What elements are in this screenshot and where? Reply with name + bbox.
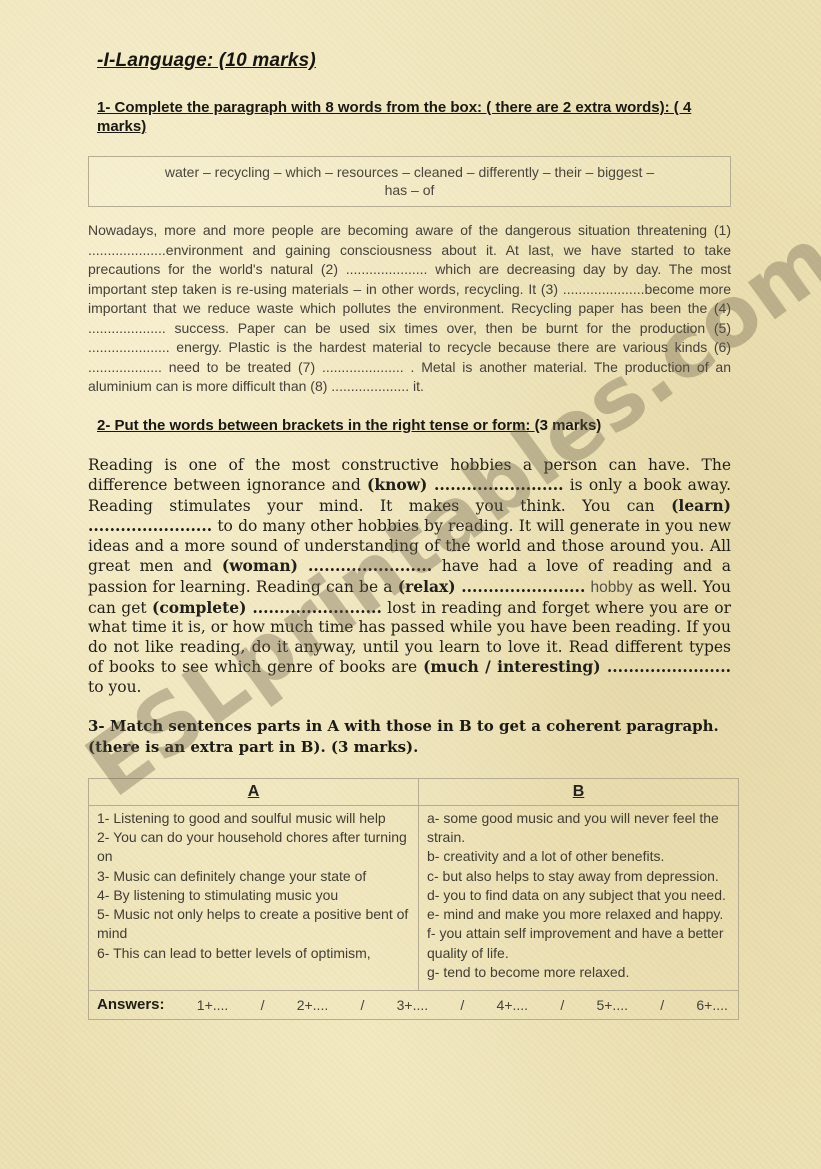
exercise2-paragraph: Reading is one of the most constructive … — [88, 456, 731, 698]
column-a-item: 2- You can do your household chores afte… — [97, 828, 410, 867]
worksheet-page: ESLprintables.com -I-Language: (10 marks… — [0, 0, 821, 1169]
column-b-item: c- but also helps to stay away from depr… — [427, 867, 730, 886]
column-a-item: 1- Listening to good and soulful music w… — [97, 809, 410, 828]
match-table: A B 1- Listening to good and soulful mus… — [88, 778, 739, 1021]
answers-row: Answers: 1+.... / 2+.... / 3+.... / 4+..… — [89, 991, 739, 1020]
answers-label: Answers: — [97, 996, 165, 1013]
answers-strip: Answers: 1+.... / 2+.... / 3+.... / 4+..… — [89, 991, 738, 1019]
column-b-item: d- you to find data on any subject that … — [427, 886, 730, 905]
answer-slot: 3+.... — [397, 997, 429, 1013]
column-a-item: 5- Music not only helps to create a posi… — [97, 905, 410, 944]
column-b-item: b- creativity and a lot of other benefit… — [427, 847, 730, 866]
answer-slot: 6+.... — [696, 997, 728, 1013]
answer-separator: / — [460, 997, 464, 1013]
word-box: water – recycling – which – resources – … — [88, 156, 731, 207]
match-table-header-row: A B — [89, 778, 739, 805]
column-a-item: 3- Music can definitely change your stat… — [97, 867, 410, 886]
answer-slot: 4+.... — [497, 997, 529, 1013]
column-a-item: 4- By listening to stimulating music you — [97, 886, 410, 905]
page-title: -I-Language: (10 marks) — [97, 50, 731, 72]
column-b-cell: a- some good music and you will never fe… — [419, 805, 739, 991]
answer-slot: 5+.... — [596, 997, 628, 1013]
column-a-item: 6- This can lead to better levels of opt… — [97, 944, 410, 963]
column-a-cell: 1- Listening to good and soulful music w… — [89, 805, 419, 991]
match-table-body-row: 1- Listening to good and soulful music w… — [89, 805, 739, 991]
column-b-item: a- some good music and you will never fe… — [427, 809, 730, 848]
column-a-header: A — [89, 778, 419, 805]
answer-separator: / — [560, 997, 564, 1013]
column-b-item: f- you attain self improvement and have … — [427, 924, 730, 963]
column-b-item: e- mind and make you more relaxed and ha… — [427, 905, 730, 924]
answer-slot: 2+.... — [297, 997, 329, 1013]
column-b-header: B — [419, 778, 739, 805]
exercise3-heading: 3- Match sentences parts in A with those… — [88, 716, 731, 758]
answer-separator: / — [660, 997, 664, 1013]
worksheet-content: -I-Language: (10 marks) 1- Complete the … — [88, 0, 731, 1020]
exercise2-heading: 2- Put the words between brackets in the… — [97, 416, 731, 435]
answer-separator: / — [261, 997, 265, 1013]
answer-separator: / — [360, 997, 364, 1013]
column-b-item: g- tend to become more relaxed. — [427, 963, 730, 982]
exercise1-heading: 1- Complete the paragraph with 8 words f… — [97, 98, 709, 136]
exercise1-paragraph: Nowadays, more and more people are becom… — [88, 221, 731, 397]
answer-slot: 1+.... — [197, 997, 229, 1013]
exercise2-heading-underlined: 2- Put the words between brackets in the… — [97, 417, 535, 434]
exercise2-heading-marks: (3 marks) — [535, 417, 602, 434]
